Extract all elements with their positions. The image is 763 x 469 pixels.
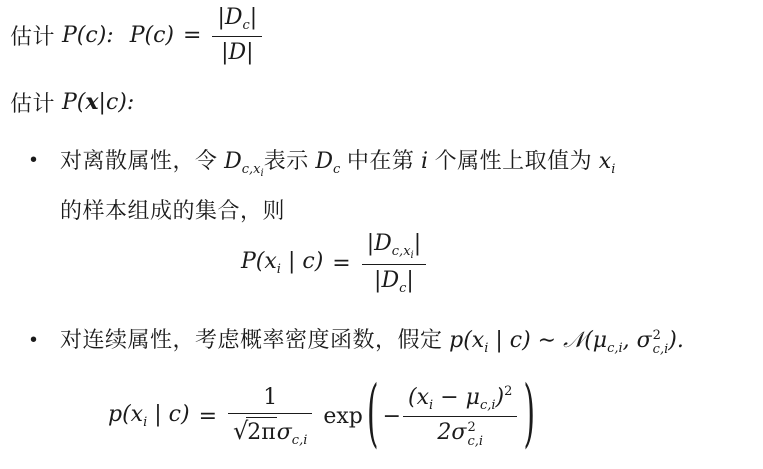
heading-pxc-math-close: |c): [99,90,135,115]
eq-pc-lhs: P(c) [130,23,174,48]
bullet-discrete-line1: 对离散属性，令 Dc,xi表示 Dc 中在第 i 个属性上取值为 xi [60,142,615,192]
bullet-marker: • [30,142,60,232]
eq-discrete-fraction: |Dc,xi| |Dc| [362,231,426,296]
bullet-marker: • [30,318,60,362]
eq-continuous-lhs: p(xi | c) [108,402,190,430]
exponent-denominator: 2σ2c,i [403,416,517,448]
slide-content: 估计 P(c): P(c) = |Dc| |D| 估计 P(x|c): • 对离… [0,0,763,469]
coef-denominator: √2πσc,i [228,413,312,448]
exponent-numerator: (xi − μc,i)2 [403,384,517,416]
bullet-continuous-text: 对连续属性，考虑概率密度函数，假定 p(xi | c) ∼ 𝒩(μc,i, σ2… [60,323,684,356]
big-paren-close: ) [523,379,535,453]
eq-pc-fraction: |Dc| |D| [212,5,262,65]
eq-discrete-denominator: |Dc| [362,264,426,296]
eq-discrete-numerator: |Dc,xi| [362,231,426,264]
sigma-squared-ci: 2c,i [653,329,669,356]
big-paren-open: ( [367,379,379,453]
equation-pc: P(c) = |Dc| |D| [130,5,265,65]
eq-discrete-lhs: P(xi | c) [241,249,323,277]
eq-continuous-exponent-fraction: (xi − μc,i)2 2σ2c,i [403,384,517,448]
eq-pc-equals: = [183,23,201,48]
bullet-continuous-attributes: • 对连续属性，考虑概率密度函数，假定 p(xi | c) ∼ 𝒩(μc,i, … [30,318,684,362]
bullet-discrete-attributes: • 对离散属性，令 Dc,xi表示 Dc 中在第 i 个属性上取值为 xi 的样… [30,142,615,232]
heading-pc-label: 估计 [10,20,55,51]
eq-pc-denominator: |D| [212,36,262,65]
equation-discrete: P(xi | c) = |Dc,xi| |Dc| [241,228,428,298]
script-N: 𝒩 [563,328,584,353]
heading-estimate-pxc: 估计 P(x|c): [10,86,134,118]
heading-pc-math: P(c): [55,23,114,48]
heading-estimate-pc: 估计 P(c): P(c) = |Dc| |D| [10,6,264,64]
bullet-discrete-text: 对离散属性，令 Dc,xi表示 Dc 中在第 i 个属性上取值为 xi 的样本组… [60,142,615,232]
exp-operator: exp [323,404,363,429]
eq-continuous-coefficient: 1 √2πσc,i [228,385,312,448]
equation-continuous: p(xi | c) = 1 √2πσc,i exp ( − (xi − μc,i… [108,368,539,464]
heading-pxc-math-open: P( [55,90,85,115]
coef-numerator: 1 [228,385,312,413]
eq-continuous-equals: = [199,404,217,429]
heading-pxc-label: 估计 [10,87,55,118]
eq-pc-numerator: |Dc| [212,5,262,36]
eq-discrete-equals: = [332,251,350,276]
heading-pxc-math-x: x [85,89,98,115]
minus-sign: − [383,404,401,429]
bullet-discrete-line2: 的样本组成的集合，则 [60,192,615,232]
